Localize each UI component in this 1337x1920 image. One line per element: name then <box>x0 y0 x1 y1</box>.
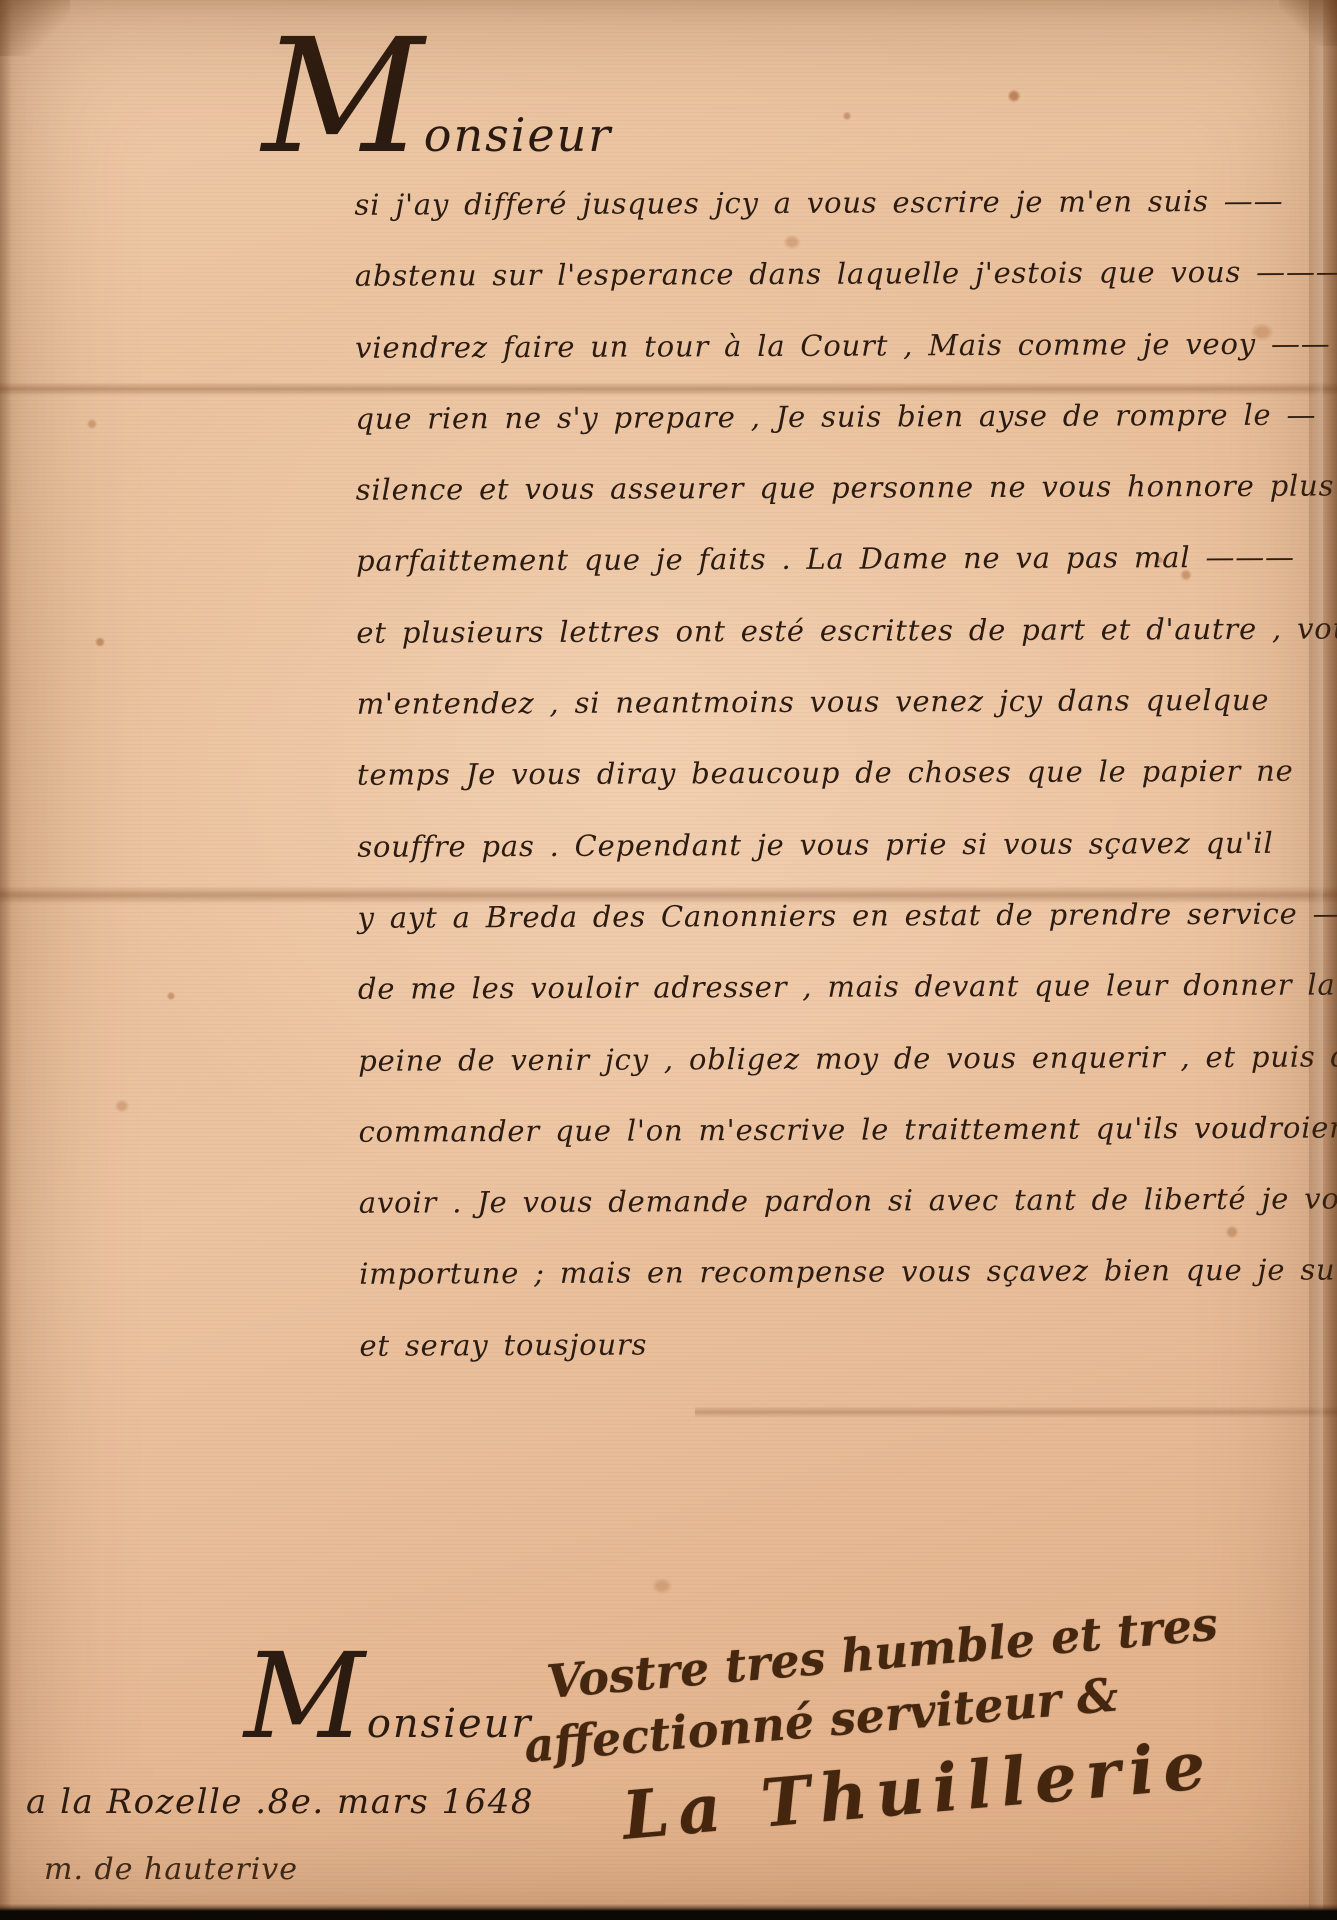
scanner-edge-bottom <box>0 1904 1337 1920</box>
letter-scan: Monsieur si j'ay differé jusques jcy a v… <box>0 0 1337 1920</box>
edge-vignette <box>0 0 1337 1920</box>
